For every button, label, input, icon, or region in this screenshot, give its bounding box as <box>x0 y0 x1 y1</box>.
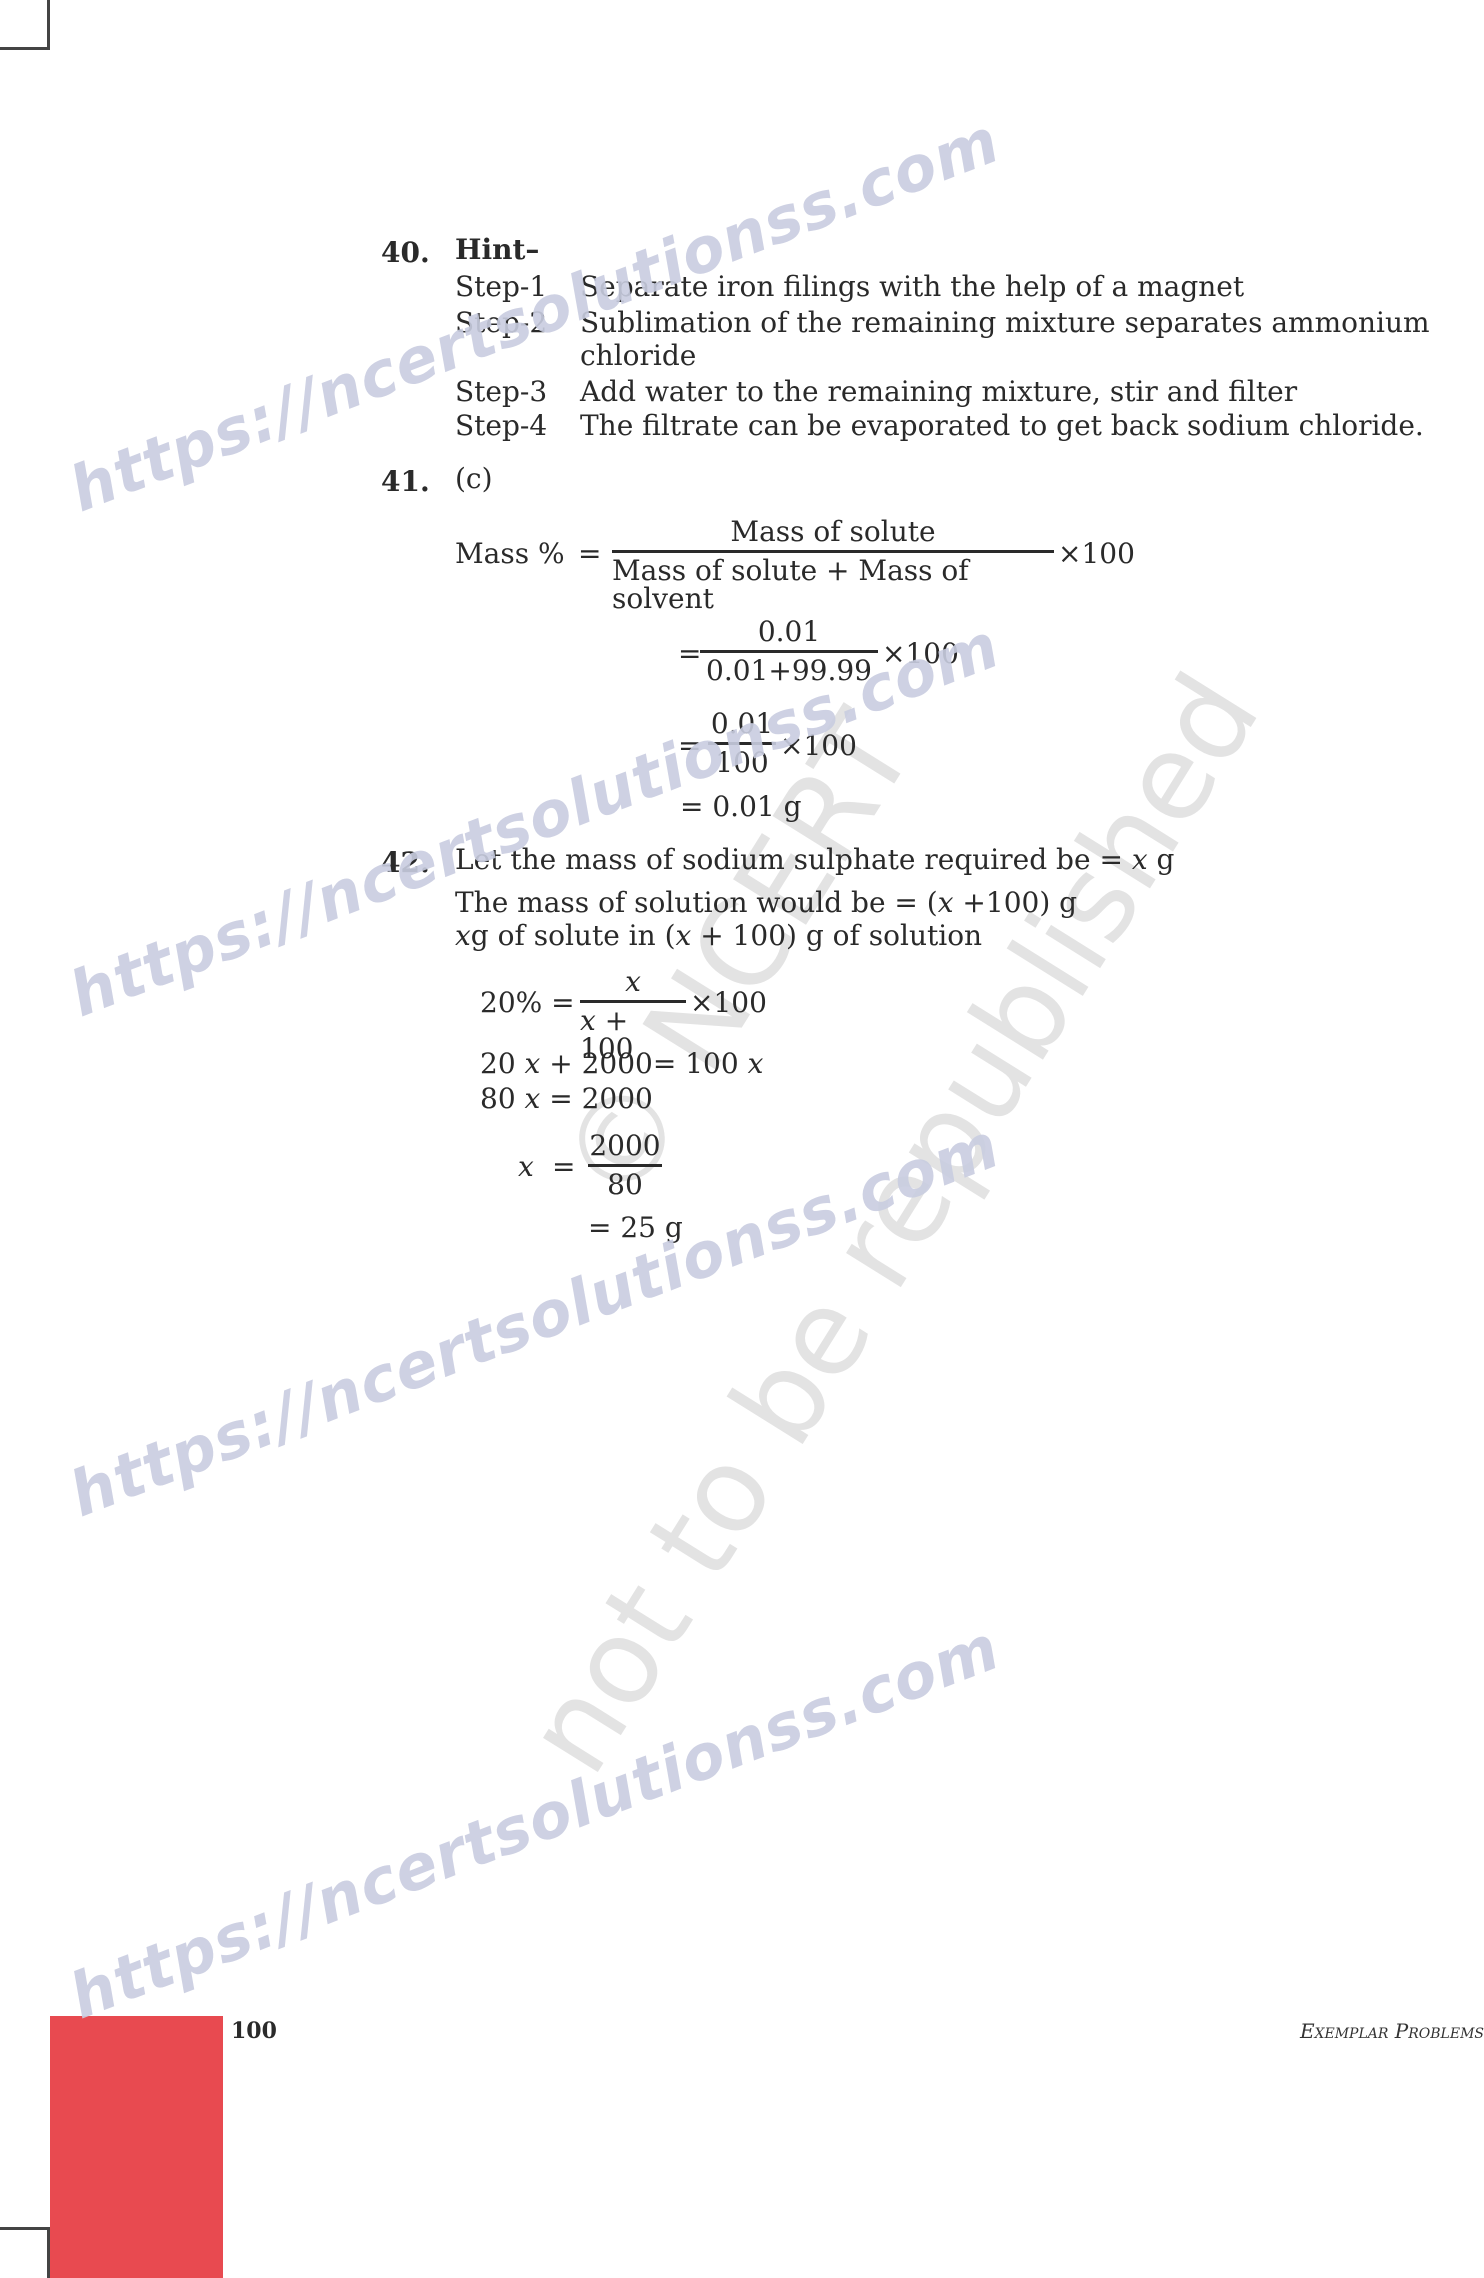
text: + 2000= 100 <box>540 1047 747 1080</box>
eq4-lhs-x: x <box>518 1153 534 1181</box>
text: g <box>1148 843 1175 876</box>
text: The mass of solution would be = ( <box>455 886 938 919</box>
variable-x: x <box>748 1047 764 1080</box>
variable-x: x <box>455 919 471 952</box>
eq4-fraction: 2000 80 <box>588 1132 662 1199</box>
step-4-label: Step-4 <box>455 412 547 440</box>
equals-sign: = <box>578 540 601 568</box>
eq1-lhs: 20% = <box>480 989 575 1017</box>
text: = 2000 <box>540 1082 653 1115</box>
text: + 100) g of solution <box>691 919 982 952</box>
fraction-numerator: 2000 <box>589 1132 660 1164</box>
q42-line-2: The mass of solution would be = (x +100)… <box>455 889 1077 917</box>
step-2-text: Sublimation of the remaining mixture sep… <box>580 309 1430 337</box>
step-4-text: The filtrate can be evaporated to get ba… <box>580 412 1424 440</box>
step-3-text: Add water to the remaining mixture, stir… <box>580 378 1297 406</box>
times-100: ×100 <box>1058 540 1135 568</box>
mass-percent-fraction: Mass of solute Mass of solute + Mass of … <box>612 518 1054 613</box>
text: +100) g <box>954 886 1078 919</box>
q42-line-3: xg of solute in (x + 100) g of solution <box>455 922 982 950</box>
text: g of solute in ( <box>471 919 676 952</box>
question-number-40: 40. <box>381 236 430 269</box>
variable-x: x <box>525 1082 541 1115</box>
text: 80 <box>480 1082 525 1115</box>
variable-x: x <box>938 886 954 919</box>
fraction-numerator: Mass of solute <box>730 518 935 550</box>
fraction-numerator: x <box>625 968 641 1000</box>
hint-heading: Hint– <box>455 236 539 264</box>
text: 20 <box>480 1047 525 1080</box>
fraction-numerator: 0.01 <box>758 618 820 650</box>
step-3-label: Step-3 <box>455 378 547 406</box>
eq1-times-100: ×100 <box>690 989 767 1017</box>
eq2: 20 x + 2000= 100 x <box>480 1050 763 1078</box>
equals-sign-2: = <box>678 640 701 668</box>
q41-result: = 0.01 g <box>680 793 802 821</box>
eq4-equals: = <box>552 1153 575 1181</box>
fraction-denominator: 80 <box>607 1167 643 1199</box>
eq3: 80 x = 2000 <box>480 1085 653 1113</box>
q42-line-1: Let the mass of sodium sulphate required… <box>455 846 1174 874</box>
fraction-denominator: Mass of solute + Mass of solvent <box>612 553 1054 613</box>
question-number-41: 41. <box>381 465 430 498</box>
variable-x: x <box>676 919 692 952</box>
mass-percent-lhs: Mass % <box>455 540 565 568</box>
variable-x: x <box>1132 843 1148 876</box>
variable-x: x <box>525 1047 541 1080</box>
book-title: Exemplar Problems <box>1300 2019 1484 2043</box>
answer-option: (c) <box>455 465 493 493</box>
page-number: 100 <box>231 2018 277 2044</box>
step-2-text-continued: chloride <box>580 342 696 370</box>
